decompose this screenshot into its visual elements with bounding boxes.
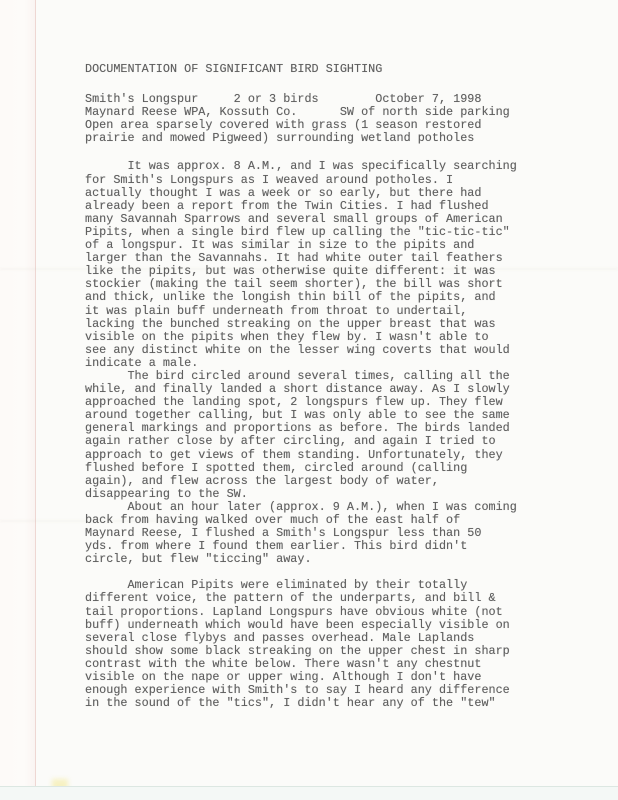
document-title: DOCUMENTATION OF SIGNIFICANT BIRD SIGHTI… [85,63,517,76]
sighting-summary-block: Smith's Longspur 2 or 3 birds October 7,… [85,93,517,145]
paragraph-species-elimination: American Pipits were eliminated by their… [85,579,517,710]
paragraph-bird-behavior: The bird circled around several times, c… [85,370,517,501]
paragraph-initial-observation: It was approx. 8 A.M., and I was specifi… [85,160,517,370]
paragraph-second-encounter: About an hour later (approx. 9 A.M.), wh… [85,501,517,566]
typewritten-text: DOCUMENTATION OF SIGNIFICANT BIRD SIGHTI… [85,63,517,710]
scanner-edge-bottom [0,786,618,800]
scanned-page: DOCUMENTATION OF SIGNIFICANT BIRD SIGHTI… [0,0,618,800]
scanner-edge-left [0,0,36,800]
